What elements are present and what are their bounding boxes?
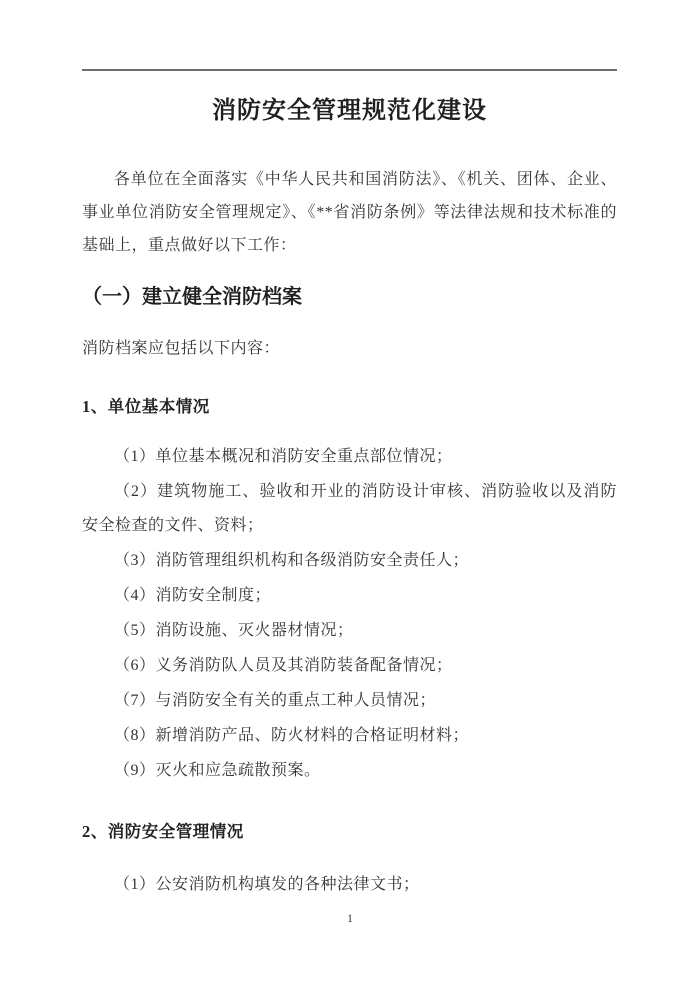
subsection-2-items: （1）公安消防机构填发的各种法律文书； bbox=[82, 868, 617, 902]
intro-paragraph: 各单位在全面落实《中华人民共和国消防法》、《机关、团体、企业、事业单位消防安全管… bbox=[82, 163, 617, 262]
document-page: 消防安全管理规范化建设 各单位在全面落实《中华人民共和国消防法》、《机关、团体、… bbox=[0, 0, 700, 990]
subsection-heading-2: 2、消防安全管理情况 bbox=[82, 815, 617, 848]
list-item: （9）灭火和应急疏散预案。 bbox=[82, 754, 617, 788]
list-item: （6）义务消防队人员及其消防装备配备情况； bbox=[82, 649, 617, 683]
section-heading: （一）建立健全消防档案 bbox=[82, 282, 617, 312]
header-rule bbox=[82, 69, 617, 71]
subsection-heading-1: 1、单位基本情况 bbox=[82, 390, 617, 423]
list-item: （1）单位基本概况和消防安全重点部位情况； bbox=[82, 440, 617, 474]
list-item: （3）消防管理组织机构和各级消防安全责任人； bbox=[82, 544, 617, 578]
document-title: 消防安全管理规范化建设 bbox=[82, 91, 617, 131]
list-item: （4）消防安全制度； bbox=[82, 579, 617, 613]
list-item: （2）建筑物施工、验收和开业的消防设计审核、消防验收以及消防安全检查的文件、资料… bbox=[82, 475, 617, 543]
section-lead: 消防档案应包括以下内容： bbox=[82, 332, 617, 365]
page-number: 1 bbox=[0, 908, 700, 928]
list-item: （7）与消防安全有关的重点工种人员情况； bbox=[82, 684, 617, 718]
subsection-1-items: （1）单位基本概况和消防安全重点部位情况； （2）建筑物施工、验收和开业的消防设… bbox=[82, 440, 617, 788]
list-item: （1）公安消防机构填发的各种法律文书； bbox=[82, 868, 617, 902]
list-item: （8）新增消防产品、防火材料的合格证明材料； bbox=[82, 719, 617, 753]
list-item: （5）消防设施、灭火器材情况； bbox=[82, 614, 617, 648]
